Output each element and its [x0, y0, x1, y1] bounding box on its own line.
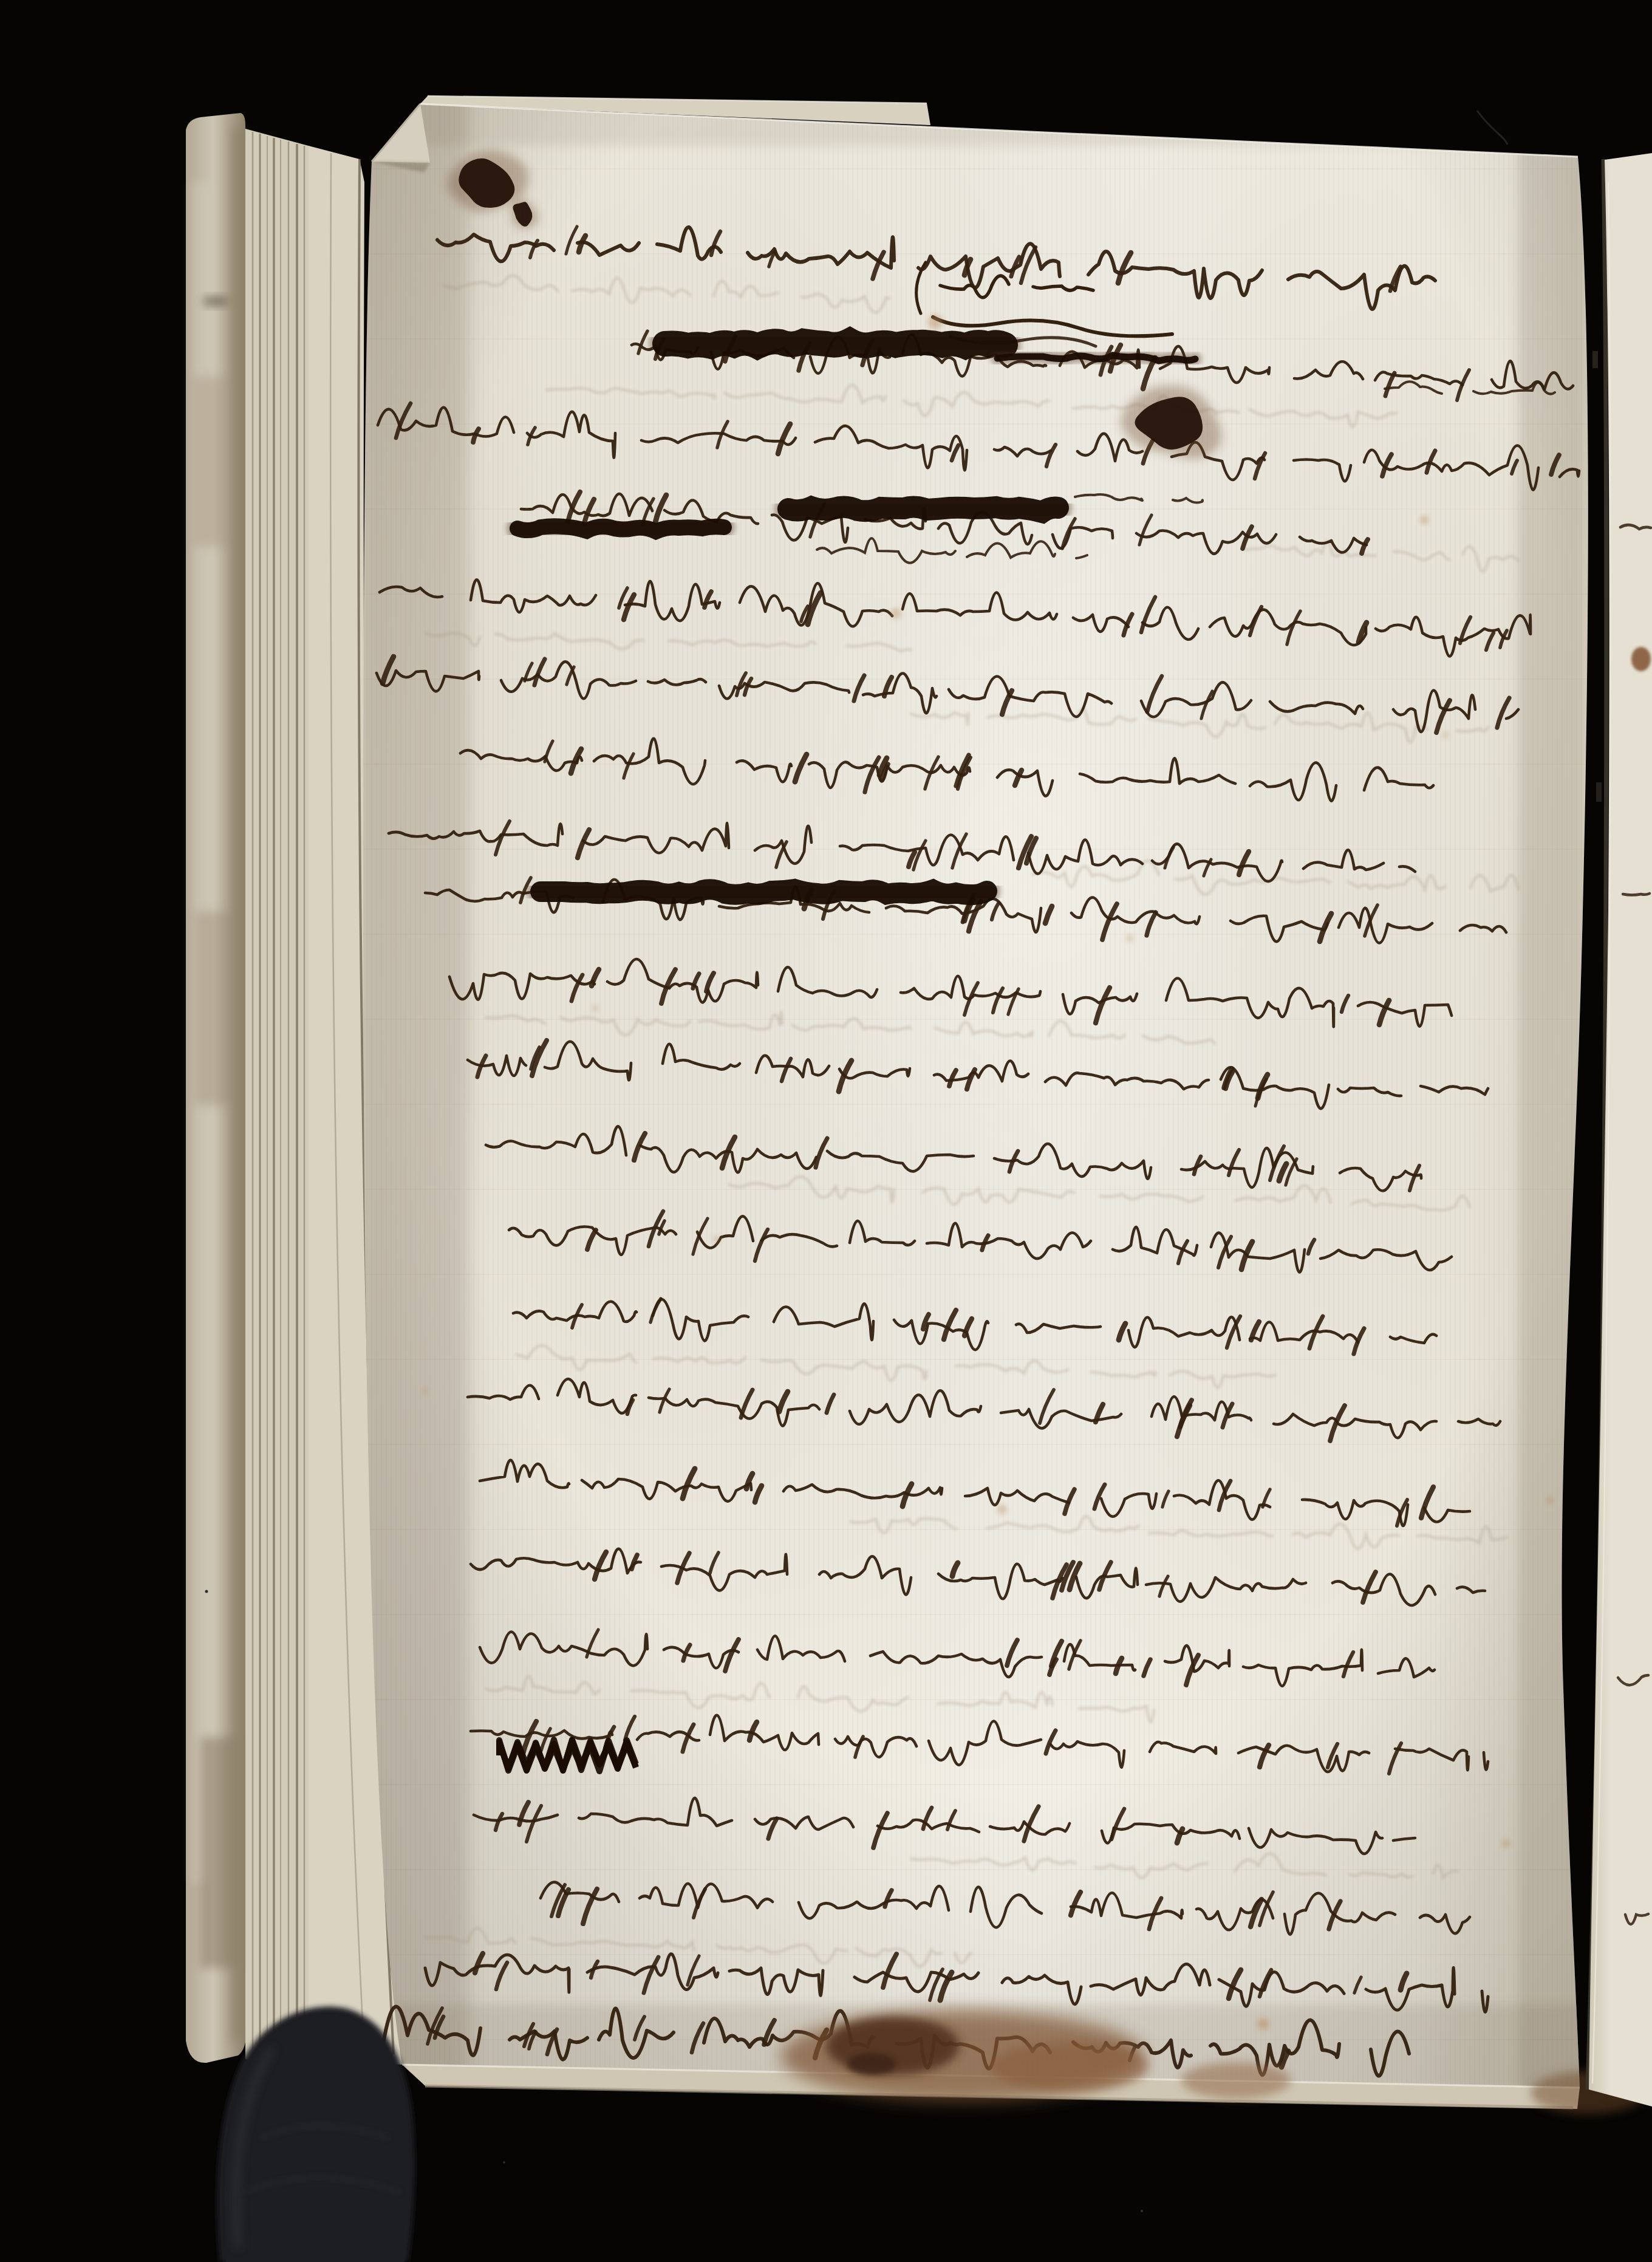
- foxing-spot: [422, 1388, 428, 1394]
- vellum-streak: [200, 1737, 236, 1968]
- photo-canvas: Photograph of an opened handwritten manu…: [0, 0, 1652, 2262]
- dust-speck: [503, 2161, 505, 2164]
- burn-stain: [990, 2042, 1148, 2091]
- foxing-spot: [1546, 1497, 1554, 1504]
- foxing-spot: [1442, 732, 1449, 738]
- strikethrough-bar: [517, 526, 724, 531]
- foxing-spot: [1502, 1839, 1510, 1848]
- foxing-spot: [1126, 935, 1133, 942]
- vellum-streak: [193, 377, 236, 547]
- foxing-spot: [592, 1005, 598, 1011]
- sliver-ink-blot: [1631, 647, 1651, 671]
- foxing-spot: [997, 1505, 1007, 1514]
- burn-stain: [1181, 2062, 1291, 2099]
- vellum-streak: [231, 128, 244, 2041]
- foxing-spot: [890, 608, 901, 619]
- sewing-nick: [1592, 351, 1598, 368]
- dust-speck: [205, 1590, 208, 1593]
- manuscript-photo: Photograph of an opened handwritten manu…: [0, 0, 1652, 2262]
- strikethrough-bar: [788, 507, 1058, 512]
- burn-stain: [847, 2053, 896, 2075]
- vellum-streak: [196, 911, 232, 1105]
- vellum-streak: [204, 298, 227, 305]
- vellum-stains: [192, 128, 244, 2041]
- foxing-spot: [1257, 2018, 1269, 2030]
- foxing-spot: [713, 1235, 720, 1243]
- strikethrough-bar: [541, 889, 987, 895]
- foxing-spot: [1420, 516, 1428, 524]
- foxing-spot: [928, 315, 943, 329]
- sewing-nick: [1596, 782, 1602, 802]
- page-edge-stack: [245, 129, 309, 2065]
- manuscript-page: [358, 91, 1599, 2109]
- strikethrough-bar: [665, 341, 1005, 346]
- dust-speck: [1141, 2210, 1143, 2212]
- page-lighting: [358, 91, 1599, 2102]
- sliver-ink-fragment: [1623, 894, 1650, 895]
